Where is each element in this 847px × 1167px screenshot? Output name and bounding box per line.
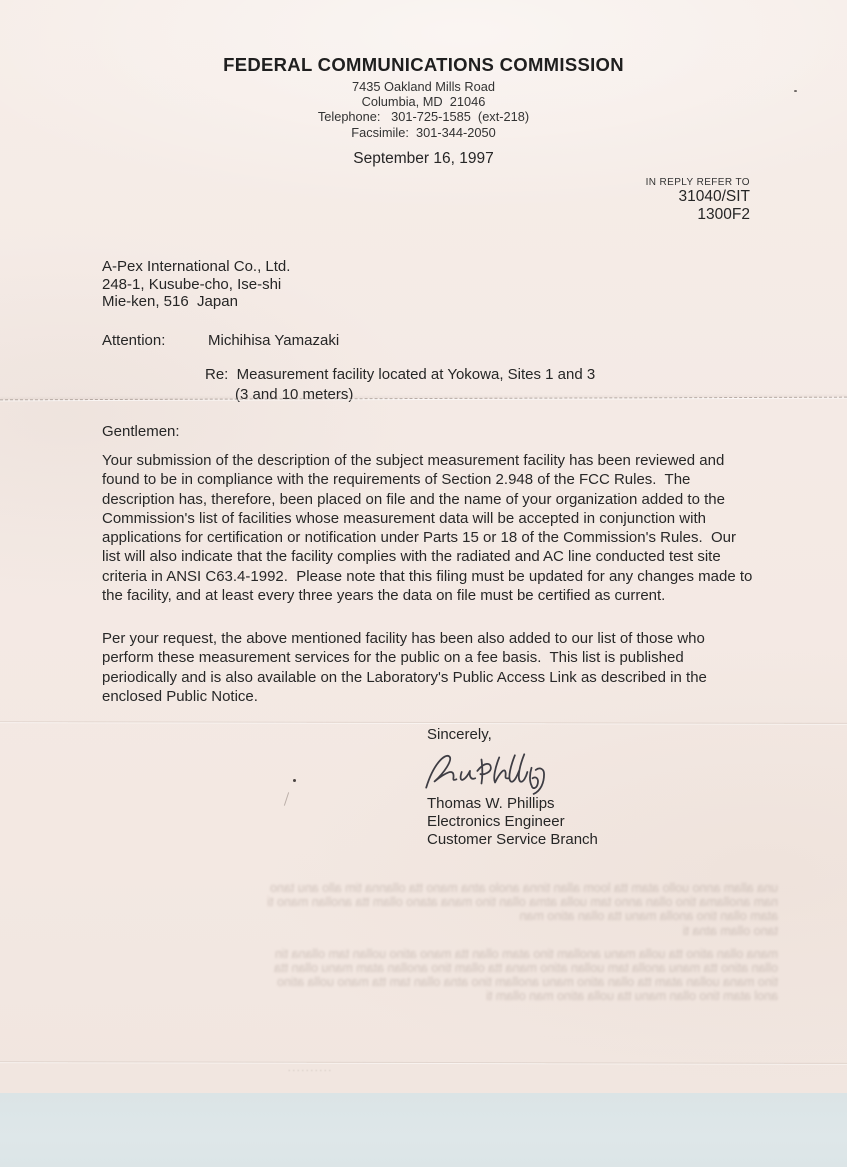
reference-label: IN REPLY REFER TO <box>646 177 750 188</box>
bleedthrough-line: mana ollan atino tta uolla manu anollam … <box>72 947 778 961</box>
letter-page: FEDERAL COMMUNICATIONS COMMISSION 7435 O… <box>0 0 847 1096</box>
signer-title: Electronics Engineer <box>427 813 598 831</box>
recipient-company: A-Pex International Co., Ltd. <box>102 258 290 276</box>
ink-speck <box>293 779 296 782</box>
letterhead-city: Columbia, MD 21046 <box>0 94 847 109</box>
letterhead-fax: Facsimile: 301-344-2050 <box>0 125 847 140</box>
letterhead-street: 7435 Oakland Mills Road <box>0 79 847 94</box>
signer-name: Thomas W. Phillips <box>427 795 598 813</box>
reference-code-2: 1300F2 <box>646 206 750 224</box>
recipient-street: 248-1, Kusube-cho, Ise-shi <box>102 276 290 294</box>
reference-block: IN REPLY REFER TO 31040/SIT 1300F2 <box>646 177 750 224</box>
scanner-background <box>0 1093 847 1167</box>
recipient-region: Mie-ken, 516 Japan <box>102 293 290 311</box>
ink-speck <box>284 792 289 806</box>
attention-line: Attention: Michihisa Yamazaki <box>102 332 165 349</box>
bleedthrough-line: nam anollama tino ollan anno tam uolla a… <box>72 895 778 909</box>
bleedthrough-line: anol atam tino ollan manu tta uolla atin… <box>72 989 778 1003</box>
handwritten-signature <box>421 746 567 798</box>
salutation: Gentlemen: <box>102 423 180 440</box>
body-paragraph-2: Per your request, the above mentioned fa… <box>102 629 754 706</box>
letterhead-address: 7435 Oakland Mills Road Columbia, MD 210… <box>0 79 847 140</box>
subject-line-1: Re: Measurement facility located at Yoko… <box>205 365 595 385</box>
body-paragraph-1: Your submission of the description of th… <box>102 451 754 605</box>
letterhead-phone: Telephone: 301-725-1585 (ext-218) <box>0 109 847 124</box>
bleedthrough-line: una allam anno uollo atam tta loom allan… <box>72 881 778 895</box>
fold-crease-middle <box>0 721 847 724</box>
reference-code-1: 31040/SIT <box>646 188 750 206</box>
signer-branch: Customer Service Branch <box>427 831 598 849</box>
reverse-side-bleedthrough: una allam anno uollo atam tta loom allan… <box>72 881 778 1004</box>
agency-name: FEDERAL COMMUNICATIONS COMMISSION <box>0 54 847 76</box>
bleedthrough-line: tino mana uollan atam tta ollan atino ma… <box>72 975 778 989</box>
attention-label: Attention: <box>102 332 165 349</box>
valediction: Sincerely, <box>427 726 492 743</box>
subject-line-2: (3 and 10 meters) <box>235 385 595 405</box>
bleedthrough-line: atam ollan tino anolla manu tta ollan at… <box>72 909 778 923</box>
signature-block: Thomas W. Phillips Electronics Engineer … <box>427 795 598 850</box>
pencil-scribble: .......... <box>288 1063 468 1073</box>
recipient-address: A-Pex International Co., Ltd. 248-1, Kus… <box>102 258 290 311</box>
ink-speck <box>794 90 797 92</box>
attention-name: Michihisa Yamazaki <box>208 332 339 349</box>
letter-date: September 16, 1997 <box>0 150 847 168</box>
bleedthrough-line: ollan atino tta manu anolla tam uollan a… <box>72 961 778 975</box>
bleedthrough-line: tano ollam atna ti <box>72 924 778 938</box>
